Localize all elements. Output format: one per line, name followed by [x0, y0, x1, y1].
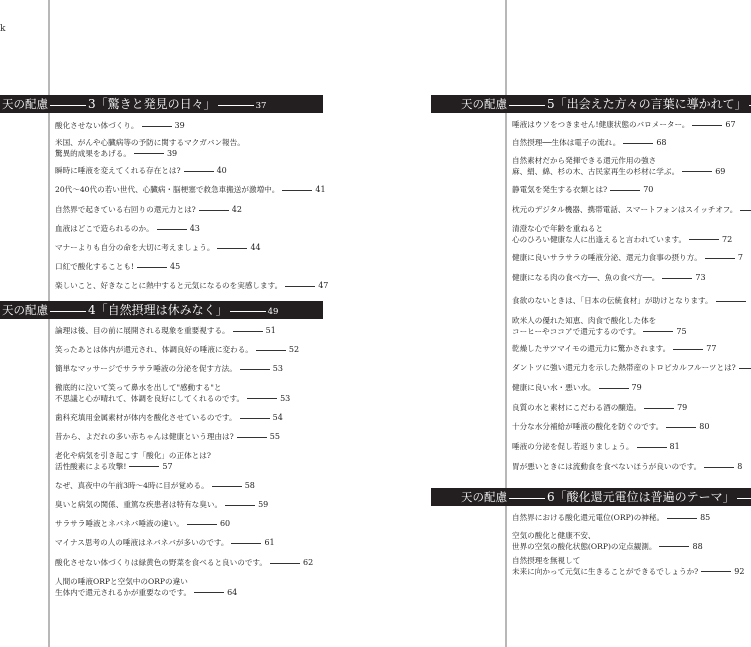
leader-dash [282, 190, 312, 191]
leader-dash [509, 498, 545, 499]
toc-entry-page: 42 [232, 205, 242, 214]
corner-mark: k [0, 24, 5, 34]
toc-entry-page: 64 [227, 588, 237, 597]
toc-entry[interactable]: 歯科充填用金属素材が体内を酸化させているのです。54 [55, 413, 283, 424]
leader-dash [673, 349, 703, 350]
section-header-bar[interactable]: 天の配慮6「酸化還元電位は普遍のテーマ」83 [431, 488, 751, 506]
toc-entry-text: 食欲のないときは、「日本の伝統食材」が助けとなります。 [512, 296, 713, 305]
toc-entry[interactable]: 健康になる肉の食べ方──、魚の食べ方──。73 [512, 273, 706, 284]
toc-entry-text: 血液はどこで造られるのか。 [55, 224, 154, 233]
leader-dash [225, 505, 255, 506]
toc-entry-page: 92 [734, 567, 744, 576]
section-label: 天の配慮 [461, 95, 507, 113]
toc-entry-page: 60 [220, 519, 230, 528]
toc-entry[interactable]: 20代～40代の若い世代、心臓病・脳梗塞で救急車搬送が激増中。41 [55, 185, 326, 196]
toc-entry[interactable]: 自然摂理──生体は電子の流れ。68 [512, 138, 667, 149]
section-title: 5「出会えた方々の言葉に導かれて」 [547, 97, 747, 111]
toc-entry[interactable]: 簡単なマッサージでサラサラ唾液の分泌を促す方法。53 [55, 364, 283, 375]
leader-dash [134, 153, 164, 154]
toc-entry[interactable]: 酸化させない体づくりは緑黄色の野菜を食べると良いのです。62 [55, 558, 313, 569]
toc-entry-page: 73 [695, 273, 705, 282]
toc-entry[interactable]: 十分な水分補給が唾液の酸化を防ぐのです。80 [512, 422, 709, 433]
toc-entry-text: サラサラ唾液とネバネバ唾液の違い。 [55, 519, 184, 528]
toc-entry[interactable]: 静電気を発生する衣類とは?70 [512, 185, 653, 196]
toc-entry[interactable]: 枕元のデジタル機器、携帯電話、スマートフォンはスイッチオフ。 [512, 205, 751, 216]
toc-entry[interactable]: 唾液の分泌を促し若返りましょう。81 [512, 442, 680, 453]
leader-dash [637, 447, 667, 448]
toc-entry[interactable]: 良質の水と素材にこだわる酒の醸造。79 [512, 403, 687, 414]
toc-entry[interactable]: 論理は後、目の前に展開される現象を重要視する。51 [55, 326, 276, 337]
toc-entry-text: 臭いと病気の関係、重篤な疾患者は特有な臭い。 [55, 500, 222, 509]
toc-entry[interactable]: 自然摂理を無視して未来に向かって元気に生きることができるでしょうか?92 [512, 556, 744, 577]
leader-dash [199, 210, 229, 211]
toc-entry-text: 唾液の分泌を促し若返りましょう。 [512, 442, 634, 451]
leader-dash [599, 388, 629, 389]
toc-entry-page: 40 [217, 166, 227, 175]
toc-entry[interactable]: 臭いと病気の関係、重篤な疾患者は特有な臭い。59 [55, 500, 268, 511]
leader-dash [643, 331, 673, 332]
toc-entry-page: 70 [643, 185, 653, 194]
toc-entry-page: 67 [725, 120, 735, 129]
toc-entry-text: 自然界における酸化還元電位(ORP)の神秘。 [512, 513, 664, 522]
leader-dash [739, 368, 751, 369]
leader-dash [187, 524, 217, 525]
toc-entry-text: コーヒーやココアで還元するのです。 [512, 327, 640, 336]
toc-entry[interactable]: 自然界で起きている右回りの還元力とは?42 [55, 205, 242, 216]
toc-entry-text: 未来に向かって元気に生きることができるでしょうか? [512, 567, 698, 576]
toc-entry-page: 54 [273, 413, 283, 422]
toc-entry[interactable]: 乾燥したサツマイモの還元力に驚かされます。77 [512, 344, 716, 355]
toc-entry-text: 口紅で酸化することも! [55, 262, 134, 271]
toc-entry[interactable]: 欧米人の優れた知恵、肉食で酸化した体をコーヒーやココアで還元するのです。75 [512, 316, 687, 337]
leader-dash [704, 467, 734, 468]
toc-entry-page: 41 [315, 185, 325, 194]
toc-entry[interactable]: 酸化させない体づくり。39 [55, 121, 185, 132]
toc-entry[interactable]: なぜ、真夜中の午前3時～4時に目が覚める。58 [55, 481, 255, 492]
section-label: 天の配慮 [2, 301, 48, 319]
leader-dash [270, 563, 300, 564]
leader-dash [237, 437, 267, 438]
toc-entry-page: 52 [289, 345, 299, 354]
toc-entry-page: 7 [738, 253, 743, 262]
leader-dash [689, 239, 719, 240]
toc-entry-page: 61 [264, 538, 274, 547]
section-title: 3「驚きと発見の日々」 [88, 97, 216, 111]
toc-entry-text: なぜ、真夜中の午前3時～4時に目が覚める。 [55, 481, 209, 490]
toc-entry-text: マイナス思考の人の唾液はネバネバが多いのです。 [55, 538, 228, 547]
toc-entry-text: ダントツに強い還元力を示した熱帯産のトロピカルフルーツとは? [512, 363, 736, 372]
leader-dash [610, 190, 640, 191]
toc-entry-text: 歯科充填用金属素材が体内を酸化させているのです。 [55, 413, 237, 422]
toc-entry-page: 81 [670, 442, 680, 451]
leader-dash [256, 350, 286, 351]
toc-entry-text: 十分な水分補給が唾液の酸化を防ぐのです。 [512, 422, 663, 431]
leader-dash [137, 267, 167, 268]
toc-entry[interactable]: 胃が悪いときには流動食を食べないほうが良いのです。8 [512, 462, 742, 473]
toc-entry[interactable]: 笑ったあとは体内が還元され、体調良好の唾液に変わる。52 [55, 345, 299, 356]
toc-entry-text: 昔から、よだれの多い赤ちゃんは健康という理由は? [55, 432, 234, 441]
leader-dash [240, 369, 270, 370]
toc-entry[interactable]: 自然素材だから発揮できる還元作用の強さ麻、絹、綿、杉の木、古民家再生の杉材に学ぶ… [512, 156, 725, 177]
toc-entry-text: 徹底的に泣いて笑って鼻水を出して"感動する"と [55, 383, 221, 392]
toc-entry-text: 唾液はウソをつきません!健康状態のバロメーター。 [512, 120, 689, 129]
toc-entry-text: 老化や病気を引き起こす「酸化」の正体とは? [55, 451, 211, 460]
toc-entry-page: 77 [706, 344, 716, 353]
toc-entry[interactable]: 瞬時に唾液を変えてくれる存在とは?40 [55, 166, 227, 177]
section-label: 天の配慮 [2, 95, 48, 113]
section-page: 49 [268, 307, 279, 317]
toc-entry-text: 酸化させない体づくり。 [55, 121, 139, 130]
toc-entry-text: 枕元のデジタル機器、携帯電話、スマートフォンはスイッチオフ。 [512, 205, 737, 214]
leader-dash [692, 125, 722, 126]
toc-entry-text: 静電気を発生する衣類とは? [512, 185, 607, 194]
leader-dash [623, 143, 653, 144]
toc-entry-text: 自然摂理を無視して [512, 556, 580, 565]
toc-entry-page: 79 [677, 403, 687, 412]
toc-entry-text: 自然素材だから発揮できる還元作用の強さ [512, 156, 656, 165]
toc-entry[interactable]: 楽しいこと、好きなことに熱中すると元気になるのを実感します。47 [55, 281, 328, 292]
leader-dash [705, 258, 735, 259]
toc-entry-page: 58 [245, 481, 255, 490]
toc-entry-page: 8 [737, 462, 742, 471]
toc-entry-text: 良質の水と素材にこだわる酒の醸造。 [512, 403, 641, 412]
leader-dash [659, 546, 689, 547]
leader-dash [142, 126, 172, 127]
toc-entry[interactable]: 血液はどこで造られるのか。43 [55, 224, 200, 235]
leader-dash [644, 408, 674, 409]
toc-entry[interactable]: 健康に良いサラサラの唾液分泌、還元力食事の摂り方。7 [512, 253, 743, 264]
leader-dash [716, 301, 746, 302]
section-title: 4「自然摂理は休みなく」 [88, 303, 228, 317]
leader-dash [509, 105, 545, 106]
toc-entry-page: 85 [700, 513, 710, 522]
leader-dash [194, 592, 224, 593]
toc-entry-text: 米国、がんや心臓病等の予防に関するマクガバン報告。 [55, 138, 245, 147]
toc-entry-page: 55 [270, 432, 280, 441]
toc-entry-page: 45 [170, 262, 180, 271]
toc-entry-text: 不思議と心が晴れて、体調を良好にしてくれるのです。 [55, 394, 244, 403]
toc-entry[interactable]: 空気の酸化と健康不安、世界の空気の酸化状態(ORP)の定点観測。88 [512, 531, 703, 552]
leader-dash [740, 210, 751, 211]
toc-entry-text: 酸化させない体づくりは緑黄色の野菜を食べると良いのです。 [55, 558, 267, 567]
toc-entry-page: 68 [656, 138, 666, 147]
leader-dash [184, 171, 214, 172]
toc-entry-text: 笑ったあとは体内が還元され、体調良好の唾液に変わる。 [55, 345, 253, 354]
toc-entry-page: 69 [715, 167, 725, 176]
toc-entry-text: 人間の唾液ORPと空気中のORPの違い [55, 577, 188, 586]
toc-entry-text: 驚異的成果をあげる。 [55, 149, 131, 158]
leader-dash [682, 171, 712, 172]
toc-entry[interactable]: 昔から、よだれの多い赤ちゃんは健康という理由は?55 [55, 432, 280, 443]
section-header-bar[interactable]: 天の配慮4「自然摂理は休みなく」49 [0, 301, 323, 319]
toc-entry-text: 自然摂理──生体は電子の流れ。 [512, 138, 620, 147]
toc-entry-text: 活性酸素による攻撃! [55, 462, 126, 471]
toc-entry-text: 楽しいこと、好きなことに熱中すると元気になるのを実感します。 [55, 281, 282, 290]
leader-dash [667, 518, 697, 519]
toc-entry-text: 瞬時に唾液を変えてくれる存在とは? [55, 166, 181, 175]
toc-entry-page: 72 [722, 235, 732, 244]
toc-entry[interactable]: 唾液はウソをつきません!健康状態のバロメーター。67 [512, 120, 736, 131]
leader-dash [157, 229, 187, 230]
toc-entry-page: 57 [162, 462, 172, 471]
leader-dash [50, 105, 86, 106]
toc-entry-text: 心のひろい健康な人に出逢えると言われています。 [512, 235, 686, 244]
toc-entry[interactable]: 自然界における酸化還元電位(ORP)の神秘。85 [512, 513, 710, 524]
toc-entry[interactable]: ダントツに強い還元力を示した熱帯産のトロピカルフルーツとは? [512, 363, 751, 374]
toc-entry-text: 論理は後、目の前に展開される現象を重要視する。 [55, 326, 230, 335]
toc-entry[interactable]: 徹底的に泣いて笑って鼻水を出して"感動する"と不思議と心が晴れて、体調を良好にし… [55, 383, 290, 404]
toc-entry[interactable]: 食欲のないときは、「日本の伝統食材」が助けとなります。 [512, 296, 749, 307]
toc-entry-text: 自然界で起きている右回りの還元力とは? [55, 205, 196, 214]
toc-entry-text: 健康に良い水・悪い水。 [512, 383, 596, 392]
toc-entry-page: 53 [280, 394, 290, 403]
toc-entry[interactable]: 健康に良い水・悪い水。79 [512, 383, 642, 394]
leader-dash [662, 278, 692, 279]
toc-entry-page: 47 [318, 281, 328, 290]
toc-entry-text: マナーよりも自分の命を大切に考えましょう。 [55, 243, 214, 252]
section-label: 天の配慮 [461, 488, 507, 506]
toc-entry[interactable]: 口紅で酸化することも!45 [55, 262, 180, 273]
toc-entry-text: 20代～40代の若い世代、心臓病・脳梗塞で救急車搬送が激増中。 [55, 185, 279, 194]
leader-dash [240, 418, 270, 419]
toc-entry-page: 51 [266, 326, 276, 335]
leader-dash [231, 543, 261, 544]
leader-dash [285, 286, 315, 287]
leader-dash [50, 311, 86, 312]
toc-entry-page: 62 [303, 558, 313, 567]
toc-entry[interactable]: 米国、がんや心臓病等の予防に関するマクガバン報告。驚異的成果をあげる。39 [55, 138, 245, 159]
leader-dash [218, 105, 254, 106]
toc-entry-text: 麻、絹、綿、杉の木、古民家再生の杉材に学ぶ。 [512, 167, 679, 176]
toc-entry-page: 80 [699, 422, 709, 431]
leader-dash [247, 398, 277, 399]
toc-entry-page: 75 [676, 327, 686, 336]
toc-entry-text: 世界の空気の酸化状態(ORP)の定点観測。 [512, 542, 656, 551]
leader-dash [737, 498, 751, 499]
toc-entry-text: 生体内で還元されるかが重要なのです。 [55, 588, 191, 597]
toc-entry-page: 59 [258, 500, 268, 509]
leader-dash [230, 311, 266, 312]
toc-entry[interactable]: マイナス思考の人の唾液はネバネバが多いのです。61 [55, 538, 275, 549]
toc-entry-text: 清澄な心で年齢を重ねると [512, 224, 603, 233]
leader-dash [212, 486, 242, 487]
toc-entry-page: 43 [190, 224, 200, 233]
toc-entry-text: 健康に良いサラサラの唾液分泌、還元力食事の摂り方。 [512, 253, 702, 262]
leader-dash [701, 571, 731, 572]
toc-entry-text: 欧米人の優れた知恵、肉食で酸化した体を [512, 316, 656, 325]
toc-entry-text: 乾燥したサツマイモの還元力に驚かされます。 [512, 344, 670, 353]
toc-entry-page: 44 [250, 243, 260, 252]
toc-entry-text: 胃が悪いときには流動食を食べないほうが良いのです。 [512, 462, 701, 471]
toc-entry-text: 健康になる肉の食べ方──、魚の食べ方──。 [512, 273, 659, 282]
toc-entry-text: 簡単なマッサージでサラサラ唾液の分泌を促す方法。 [55, 364, 237, 373]
section-header-bar[interactable]: 天の配慮3「驚きと発見の日々」37 [0, 95, 323, 113]
toc-entry[interactable]: 清澄な心で年齢を重ねると心のひろい健康な人に出逢えると言われています。72 [512, 224, 732, 245]
toc-entry-page: 88 [692, 542, 702, 551]
section-title: 6「酸化還元電位は普遍のテーマ」 [547, 490, 735, 504]
toc-entry[interactable]: 老化や病気を引き起こす「酸化」の正体とは?活性酸素による攻撃!57 [55, 451, 211, 472]
section-header-bar[interactable]: 天の配慮5「出会えた方々の言葉に導かれて」65 [431, 95, 751, 113]
toc-entry[interactable]: マナーよりも自分の命を大切に考えましょう。44 [55, 243, 261, 254]
toc-entry-page: 79 [632, 383, 642, 392]
leader-dash [129, 466, 159, 467]
toc-entry[interactable]: サラサラ唾液とネバネバ唾液の違い。60 [55, 519, 230, 530]
toc-entry-page: 39 [167, 149, 177, 158]
section-page: 37 [256, 101, 267, 111]
leader-dash [217, 248, 247, 249]
leader-dash [233, 331, 263, 332]
toc-entry-page: 53 [273, 364, 283, 373]
leader-dash [666, 427, 696, 428]
toc-entry[interactable]: 人間の唾液ORPと空気中のORPの違い生体内で還元されるかが重要なのです。64 [55, 577, 237, 598]
toc-entry-page: 39 [175, 121, 185, 130]
toc-entry-text: 空気の酸化と健康不安、 [512, 531, 596, 540]
